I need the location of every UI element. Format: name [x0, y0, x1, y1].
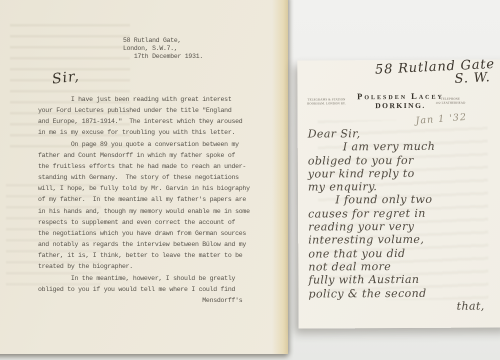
text-line: treated by the biographer. — [38, 261, 250, 272]
text-line: that, — [309, 299, 485, 313]
text-line: father and Count Mensdorff in which my f… — [38, 150, 250, 161]
letterhead-town: DORKING. — [298, 100, 500, 110]
handwritten-date: Jan 1 '32 — [415, 112, 467, 127]
handwritten-salutation: Sir, — [51, 68, 80, 87]
text-line: I have just been reading with great inte… — [38, 94, 250, 105]
text-line: my enquiry. — [308, 180, 484, 194]
handwritten-letter-body: Dear Sir, I am very muchobliged to you f… — [308, 127, 485, 314]
text-line: I am very much — [308, 140, 484, 154]
text-line: obliged to you for — [308, 153, 484, 167]
text-line: and notably as regards the interview bet… — [38, 239, 250, 250]
text-line: in me is my excuse for troubling you wit… — [38, 127, 250, 138]
text-line: On page 89 you quote a conversation betw… — [38, 139, 250, 150]
handwritten-top-address: 58 Rutland Gate S. W. — [375, 58, 496, 90]
text-line: 58 Rutland Gate, — [123, 37, 203, 45]
text-line: respects to supplement and even correct … — [38, 217, 250, 228]
text-line: 17th December 1931. — [123, 53, 203, 61]
typed-letter-body: I have just been reading with great inte… — [38, 94, 250, 306]
text-line: In the meantime, however, I should be gr… — [38, 273, 250, 284]
text-line: in his hands and, though my memory would… — [38, 206, 250, 217]
text-line: fully with Austrian — [308, 273, 484, 287]
text-line: the fruitless efforts that he had made t… — [38, 161, 250, 172]
text-line: your kind reply to — [308, 166, 484, 180]
text-line: Mensdorff's — [38, 295, 250, 306]
text-line: obliged to you if you would tell me wher… — [38, 284, 250, 295]
text-line: standing with Germany. The story of thes… — [38, 172, 250, 183]
text-line: one that you did — [308, 246, 484, 260]
letterhead-telephone-note: Telephone102 Leatherhead — [431, 97, 469, 105]
text-line: not deal more — [308, 260, 484, 274]
text-line: your Ford Lectures published under the t… — [38, 105, 250, 116]
text-line: London, S.W.7., — [123, 45, 203, 53]
text-line: interesting volume, — [308, 233, 484, 247]
text-line: 102 Leatherhead — [432, 101, 470, 105]
text-line: reading your very — [308, 220, 484, 234]
text-line: policy & the second — [308, 286, 484, 300]
handwritten-letter-page: 58 Rutland Gate S. W. Telegrams & Statio… — [297, 59, 500, 328]
text-line: causes for regret in — [308, 206, 484, 220]
text-line: Dear Sir, — [308, 127, 484, 141]
text-line: of my father. In the meantime all my fat… — [38, 194, 250, 205]
photograph-of-two-letters: 58 Rutland Gate,London, S.W.7., 17th Dec… — [0, 0, 500, 360]
text-line: and Europe, 1871-1914." The interest whi… — [38, 116, 250, 127]
text-line: father, it is, I think, better to leave … — [38, 250, 250, 261]
typed-address-block: 58 Rutland Gate,London, S.W.7., 17th Dec… — [123, 37, 203, 62]
text-line: will, I hope, be fully told by Mr. Garvi… — [38, 183, 250, 194]
typed-letter-page: 58 Rutland Gate,London, S.W.7., 17th Dec… — [0, 0, 288, 354]
text-line: I found only two — [308, 193, 484, 207]
paper-edge-tint — [272, 0, 288, 354]
text-line: the negotiations which you have drawn fr… — [38, 228, 250, 239]
